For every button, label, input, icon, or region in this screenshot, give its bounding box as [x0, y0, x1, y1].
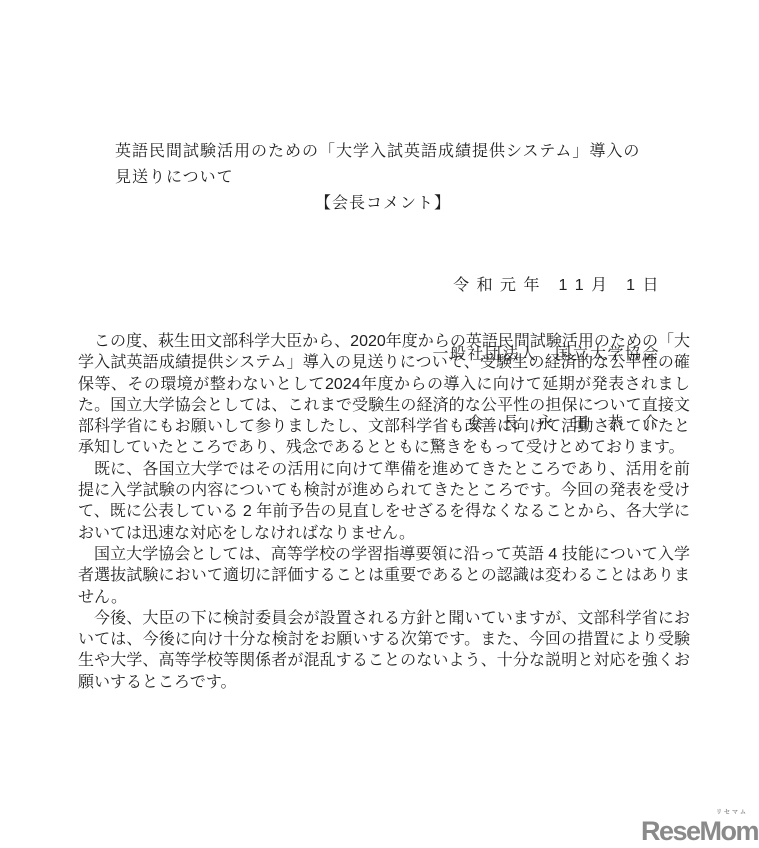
resemom-logo: リセマム ReseMom.	[641, 810, 755, 845]
document-body: この度、萩生田文部科学大臣から、2020年度からの英語民間試験活用のための「大学…	[78, 331, 690, 693]
body-paragraph-4: 今後、大臣の下に検討委員会が設置される方針と聞いていますが、文部科学省においては…	[78, 608, 690, 693]
body-paragraph-3: 国立大学協会としては、高等学校の学習指導要領に沿って英語 4 技能について入学者…	[78, 544, 690, 608]
chairman-comment-label: 【会長コメント】	[78, 191, 688, 217]
document-page: 英語民間試験活用のための「大学入試英語成績提供システム」導入の 見送りについて …	[0, 0, 759, 848]
document-title: 英語民間試験活用のための「大学入試英語成績提供システム」導入の 見送りについて	[115, 139, 675, 191]
document-date: 令 和 元 年 1 1 月 1 日	[432, 274, 660, 297]
body-paragraph-1: この度、萩生田文部科学大臣から、2020年度からの英語民間試験活用のための「大学…	[78, 331, 690, 459]
resemom-logo-text: ReseMom.	[641, 817, 755, 845]
document-title-line1: 英語民間試験活用のための「大学入試英語成績提供システム」導入の	[115, 139, 675, 165]
body-paragraph-2: 既に、各国立大学ではその活用に向けて準備を進めてきたところであり、活用を前提に入…	[78, 459, 690, 544]
document-title-line2: 見送りについて	[115, 165, 675, 191]
